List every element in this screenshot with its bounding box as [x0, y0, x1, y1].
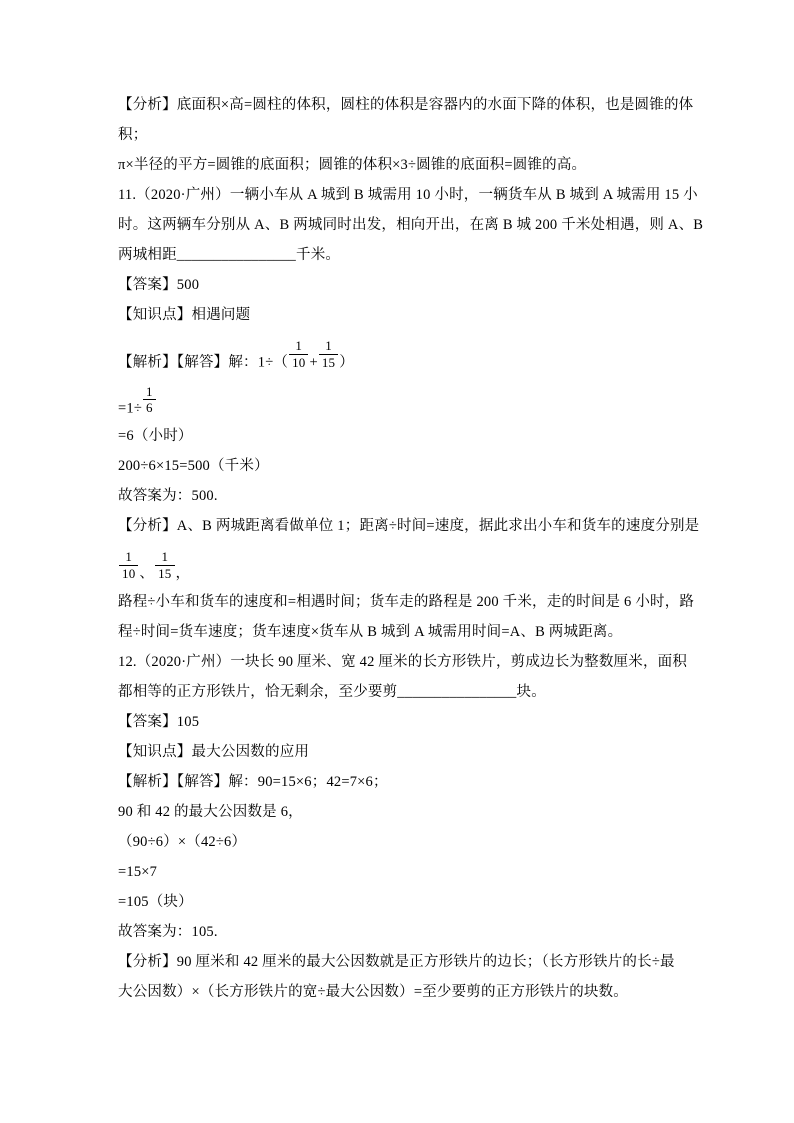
fraction-denominator: 15	[319, 355, 338, 370]
trailing-comma: ，	[176, 566, 191, 582]
q10-analysis-line-3: π×半径的平方=圆锥的底面积；圆锥的体积×3÷圆锥的底面积=圆锥的高。	[118, 150, 718, 180]
q11-solution-step-4: 200÷6×15=500（千米）	[118, 451, 718, 481]
q10-analysis-line-2: 积；	[118, 120, 718, 150]
q12-solution-step-2: 90 和 42 的最大公因数是 6，	[118, 797, 718, 827]
q12-solution-step-1: 【解析】【解答】解：90=15×6；42=7×6；	[118, 767, 718, 797]
fraction-numerator: 1	[289, 339, 308, 355]
worksheet-page: 【分析】底面积×高=圆柱的体积，圆柱的体积是容器内的水面下降的体积，也是圆锥的体…	[118, 90, 718, 1007]
q12-solution-step-3: （90÷6）×（42÷6）	[118, 827, 718, 857]
q11-solution-equation-1: 【解析】【解答】解：1÷（110+115）	[118, 330, 718, 376]
equation-suffix: ）	[339, 355, 354, 371]
q12-knowledge-point: 【知识点】最大公因数的应用	[118, 737, 718, 767]
q11-analysis-line-2: 路程÷小车和货车的速度和=相遇时间；货车走的路程是 200 千米，走的时间是 6…	[118, 587, 718, 617]
fraction-denominator: 15	[155, 566, 174, 581]
equation-prefix: 【解析】【解答】解：1÷（	[118, 355, 288, 371]
fraction-1-10: 110	[119, 550, 138, 580]
fraction-numerator: 1	[143, 385, 156, 401]
q12-problem-line-2-blank: 都相等的正方形铁片，恰无剩余，至少要剪________________块。	[118, 677, 718, 707]
q12-solution-step-4: =15×7	[118, 857, 718, 887]
q12-analysis-line-1: 【分析】90 厘米和 42 厘米的最大公因数就是正方形铁片的边长；（长方形铁片的…	[118, 947, 718, 977]
fraction-1-10: 110	[289, 339, 308, 369]
q12-analysis-line-2: 大公因数）×（长方形铁片的宽÷最大公因数）=至少要剪的正方形铁片的块数。	[118, 977, 718, 1007]
q12-solution-step-5: =105（块）	[118, 887, 718, 917]
fraction-1-6: 16	[143, 385, 156, 415]
fraction-numerator: 1	[319, 339, 338, 355]
q11-problem-line-1: 11.（2020·广州）一辆小车从 A 城到 B 城需用 10 小时，一辆货车从…	[118, 180, 718, 210]
fraction-1-15: 115	[319, 339, 338, 369]
q11-solution-equation-2: =1÷16	[118, 376, 718, 422]
q11-problem-line-3-blank: 两城相距________________千米。	[118, 240, 718, 270]
q12-problem-line-1: 12.（2020·广州）一块长 90 厘米、宽 42 厘米的长方形铁片，剪成边长…	[118, 647, 718, 677]
q11-solution-step-3: =6（小时）	[118, 421, 718, 451]
fraction-1-15: 115	[155, 550, 174, 580]
q11-knowledge-point: 【知识点】相遇问题	[118, 300, 718, 330]
plus-operator: +	[309, 355, 317, 371]
q11-analysis-line-1: 【分析】A、B 两城距离看做单位 1；距离÷时间=速度，据此求出小车和货车的速度…	[118, 511, 718, 541]
q12-conclusion: 故答案为：105.	[118, 917, 718, 947]
q11-conclusion: 故答案为：500.	[118, 481, 718, 511]
q11-answer: 【答案】500	[118, 270, 718, 300]
q11-analysis-fractions: 110、115，	[118, 541, 718, 587]
fraction-denominator: 10	[289, 355, 308, 370]
q10-analysis-line-1: 【分析】底面积×高=圆柱的体积，圆柱的体积是容器内的水面下降的体积，也是圆锥的体	[118, 90, 718, 120]
fraction-denominator: 10	[119, 566, 138, 581]
fraction-numerator: 1	[155, 550, 174, 566]
q11-problem-line-2: 时。这两辆车分别从 A、B 两城同时出发，相向开出，在离 B 城 200 千米处…	[118, 210, 718, 240]
equation-prefix: =1÷	[118, 400, 142, 416]
fraction-denominator: 6	[143, 400, 156, 415]
q11-analysis-line-3: 程÷时间=货车速度；货车速度×货车从 B 城到 A 城需用时间=A、B 两城距离…	[118, 617, 718, 647]
fraction-numerator: 1	[119, 550, 138, 566]
enumeration-comma: 、	[139, 566, 154, 582]
q12-answer: 【答案】105	[118, 707, 718, 737]
